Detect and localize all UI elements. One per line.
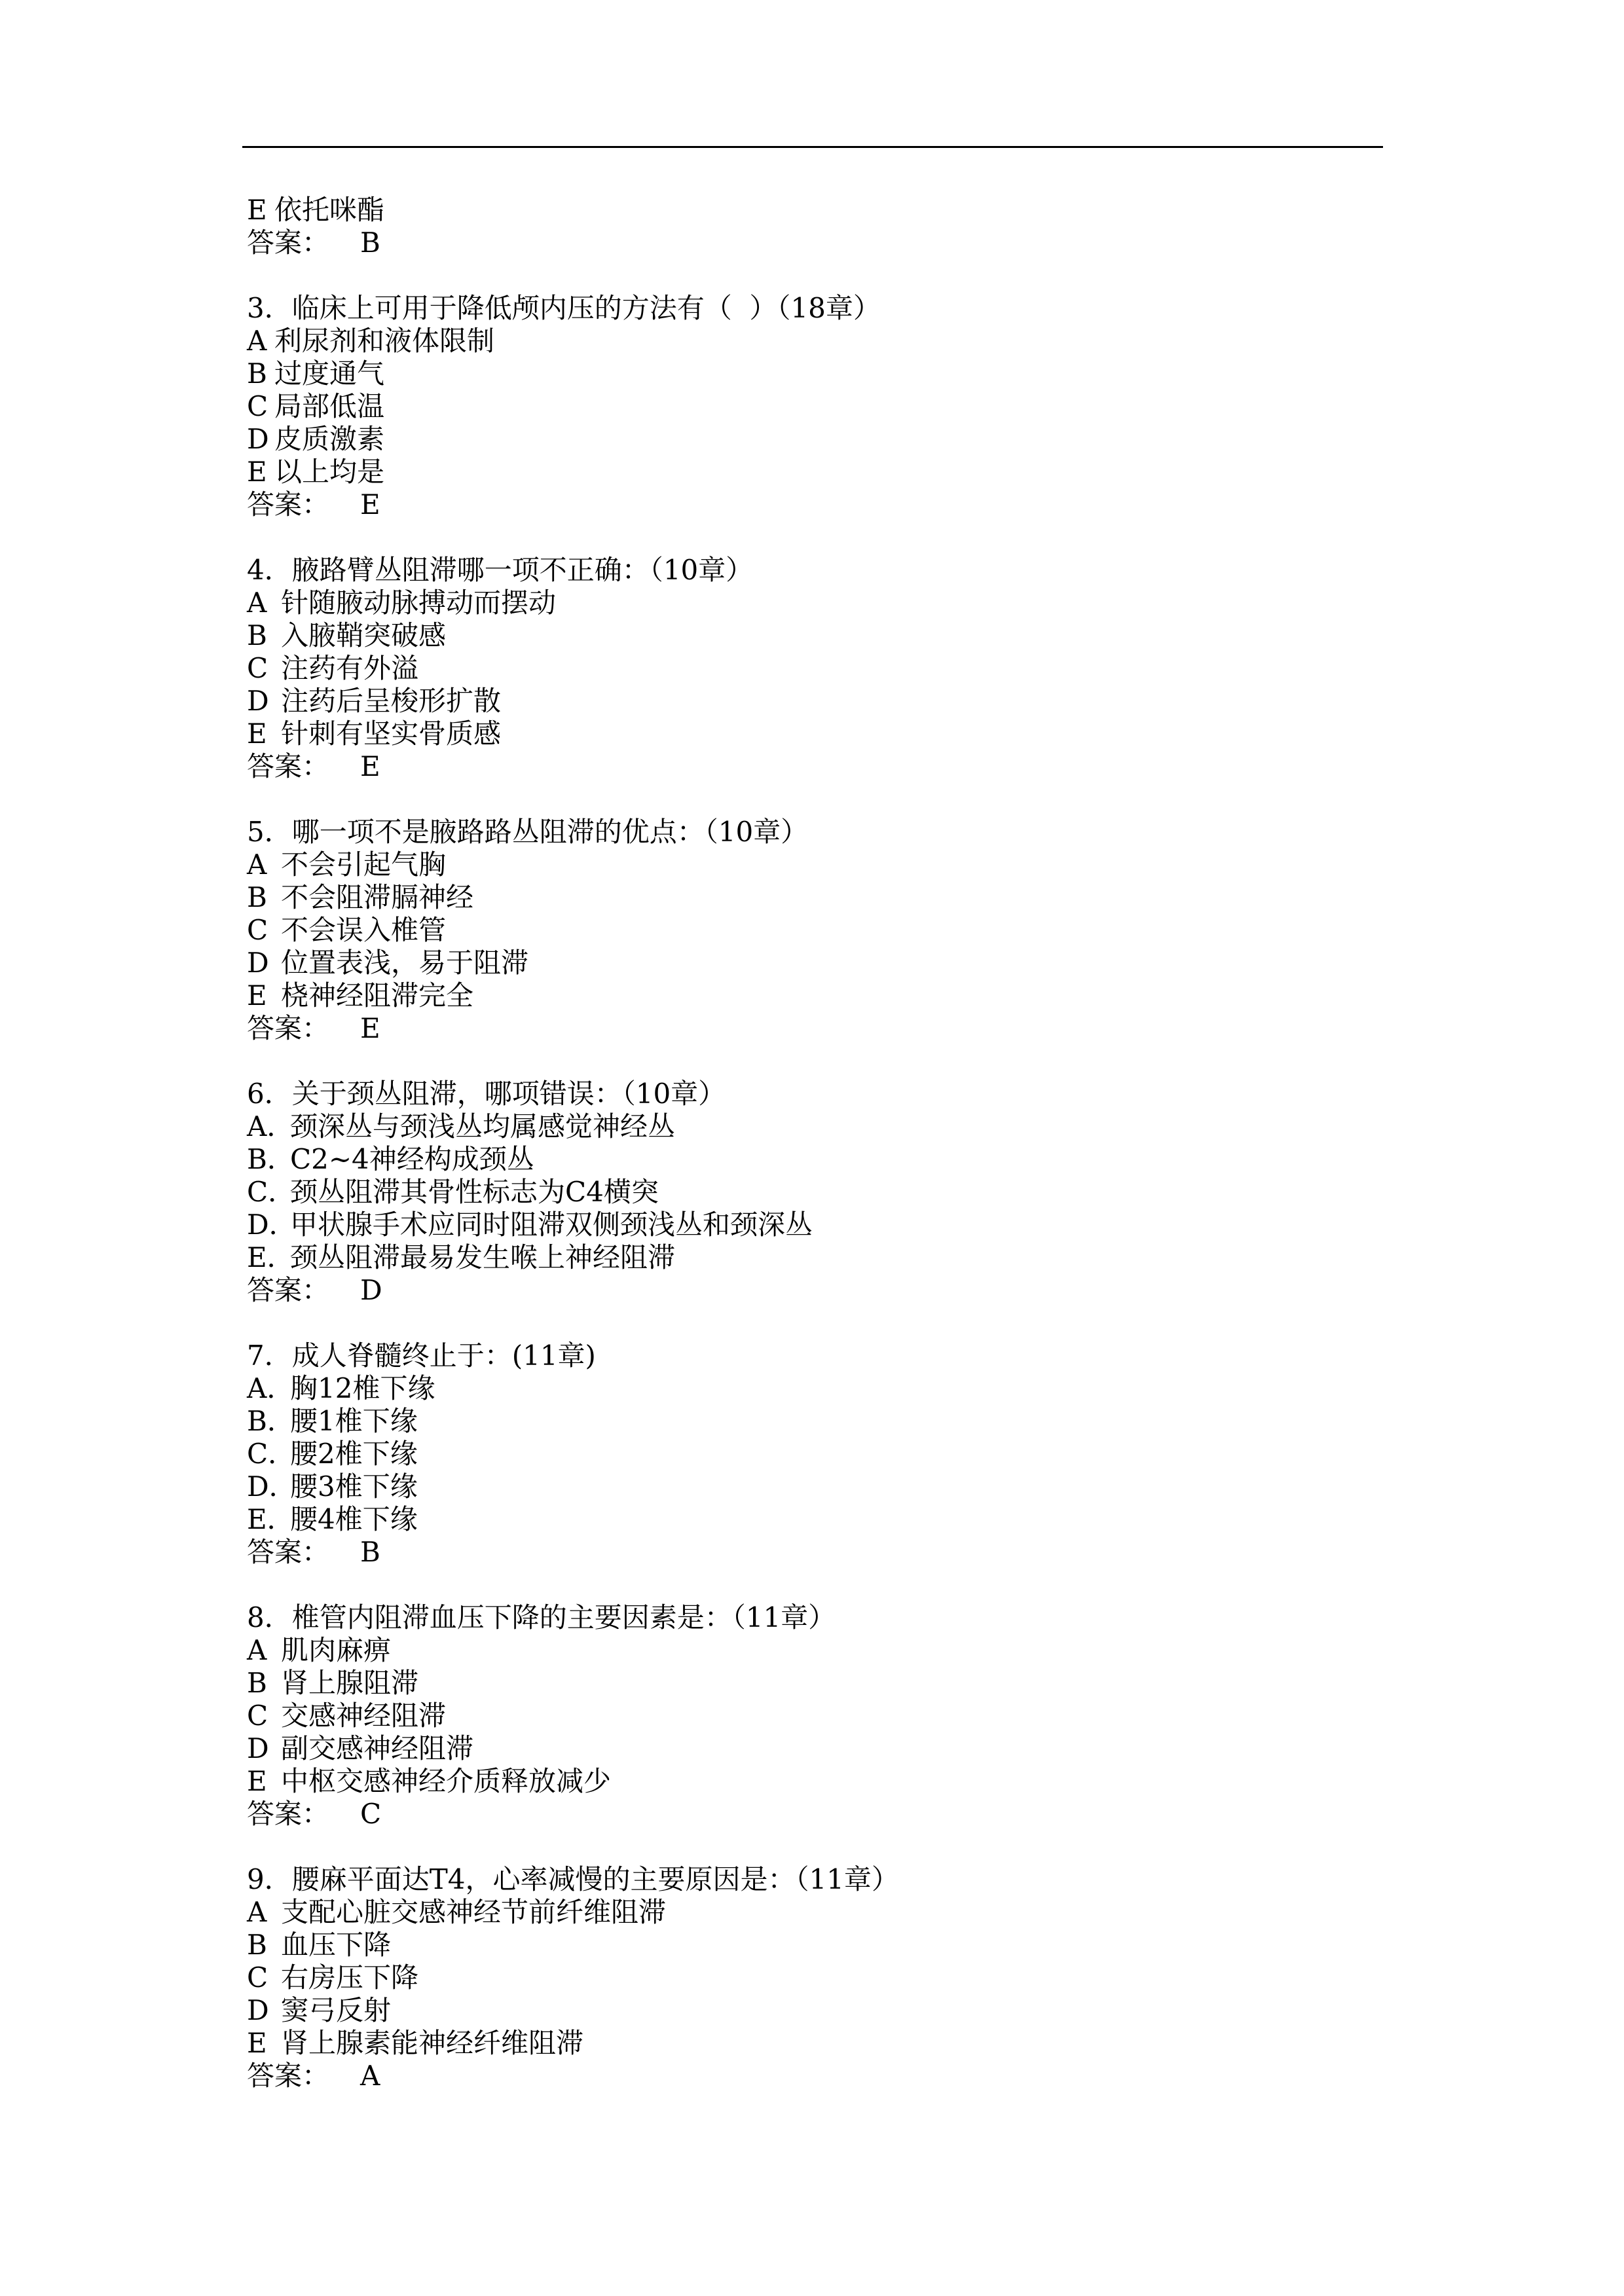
option-label: D (247, 1994, 281, 2027)
option-line: C注药有外溢 (247, 652, 1399, 685)
option-label: E (247, 1765, 281, 1798)
option-text: 过度通气 (274, 357, 384, 390)
answer-value: A (360, 2060, 380, 2092)
option-line: D位置表浅，易于阻滞 (247, 947, 1399, 979)
option-line: D副交感神经阻滞 (247, 1732, 1399, 1765)
option-label: C (247, 1961, 281, 1994)
option-text: 交感神经阻滞 (281, 1700, 446, 1732)
option-label: B (247, 619, 281, 652)
option-line: B．腰1椎下缘 (247, 1405, 1399, 1438)
option-line: B肾上腺阻滞 (247, 1667, 1399, 1700)
option-text: 肾上腺素能神经纤维阻滞 (281, 2027, 583, 2059)
header-rule (242, 146, 1383, 148)
option-label: B． (247, 1405, 290, 1438)
option-line: B血压下降 (247, 1929, 1399, 1961)
option-text: 窦弓反射 (281, 1994, 391, 2026)
option-label: D (247, 685, 281, 718)
option-line: A不会引起气胸 (247, 848, 1399, 881)
answer-value: E (360, 488, 380, 520)
question-title: 8．椎管内阻滞血压下降的主要因素是：（11章） (247, 1601, 1399, 1634)
option-text: 入腋鞘突破感 (281, 619, 446, 651)
option-text: 甲状腺手术应同时阻滞双侧颈浅丛和颈深丛 (290, 1209, 813, 1241)
answer-line: 答案：B (247, 227, 1399, 259)
answer-line: 答案：C (247, 1798, 1399, 1831)
answer-value: B (360, 1536, 380, 1568)
option-line: D．甲状腺手术应同时阻滞双侧颈浅丛和颈深丛 (247, 1209, 1399, 1241)
option-text: 利尿剂和液体限制 (274, 325, 494, 357)
option-text: 不会阻滞膈神经 (281, 881, 473, 913)
question-block-9: 9．腰麻平面达T4，心率减慢的主要原因是：（11章） A支配心脏交感神经节前纤维… (247, 1863, 1399, 2092)
option-line: B不会阻滞膈神经 (247, 881, 1399, 914)
option-label: C． (247, 1438, 290, 1470)
answer-value: D (360, 1274, 382, 1306)
answer-label: 答案： (247, 750, 360, 783)
option-text: 胸12椎下缘 (290, 1372, 435, 1404)
answer-line: 答案：E (247, 750, 1399, 783)
question-title: 5．哪一项不是腋路路丛阻滞的优点：（10章） (247, 816, 1399, 848)
option-text: 颈丛阻滞其骨性标志为C4横突 (290, 1176, 659, 1208)
answer-label: 答案： (247, 488, 360, 521)
option-text: 腰3椎下缘 (290, 1470, 418, 1503)
option-line: E肾上腺素能神经纤维阻滞 (247, 2027, 1399, 2060)
question-block-4: 4．腋路臂丛阻滞哪一项不正确：（10章） A针随腋动脉搏动而摆动B入腋鞘突破感C… (247, 554, 1399, 783)
option-line: D皮质激素 (247, 423, 1399, 456)
option-text: 不会引起气胸 (281, 848, 446, 881)
option-label: E (247, 2027, 281, 2060)
option-label: A． (247, 1372, 290, 1405)
option-text: 桡神经阻滞完全 (281, 979, 473, 1011)
option-text: 注药后呈梭形扩散 (281, 685, 501, 717)
option-line: E依托咪酯 (247, 194, 1399, 227)
option-label: C (247, 1700, 281, 1732)
option-line: C不会误入椎管 (247, 914, 1399, 947)
answer-label: 答案： (247, 227, 360, 259)
question-title: 3．临床上可用于降低颅内压的方法有（ ）（18章） (247, 292, 1399, 325)
question-title: 6．关于颈丛阻滞，哪项错误：（10章） (247, 1078, 1399, 1110)
option-label: B (247, 357, 274, 390)
option-text: 副交感神经阻滞 (281, 1732, 473, 1764)
option-line: A．胸12椎下缘 (247, 1372, 1399, 1405)
option-text: 不会误入椎管 (281, 914, 446, 946)
option-label: C． (247, 1176, 290, 1209)
option-text: 针刺有坚实骨质感 (281, 718, 501, 750)
option-label: D (247, 1732, 281, 1765)
option-line: C右房压下降 (247, 1961, 1399, 1994)
option-text: 腰2椎下缘 (290, 1438, 418, 1470)
answer-label: 答案： (247, 2060, 360, 2092)
option-label: E． (247, 1241, 290, 1274)
answer-value: C (360, 1798, 381, 1830)
option-line: A．颈深丛与颈浅丛均属感觉神经丛 (247, 1110, 1399, 1143)
option-label: A (247, 325, 274, 357)
question-block-3: 3．临床上可用于降低颅内压的方法有（ ）（18章） A利尿剂和液体限制B过度通气… (247, 292, 1399, 521)
answer-line: 答案：E (247, 1012, 1399, 1045)
question-title: 7．成人脊髓终止于：(11章) (247, 1339, 1399, 1372)
option-label: C (247, 914, 281, 947)
answer-value: B (360, 227, 380, 259)
option-text: 支配心脏交感神经节前纤维阻滞 (281, 1896, 666, 1928)
option-text: 中枢交感神经介质释放减少 (281, 1765, 611, 1797)
document-body: E依托咪酯 答案：B 3．临床上可用于降低颅内压的方法有（ ）（18章） A利尿… (247, 194, 1399, 2092)
option-text: C2~4神经构成颈丛 (290, 1143, 534, 1175)
question-block-7: 7．成人脊髓终止于：(11章) A．胸12椎下缘B．腰1椎下缘C．腰2椎下缘D．… (247, 1339, 1399, 1569)
option-text: 血压下降 (281, 1929, 391, 1961)
option-text: 腰1椎下缘 (290, 1405, 418, 1437)
option-label: A (247, 848, 281, 881)
answer-value: E (360, 750, 380, 782)
option-line: A针随腋动脉搏动而摆动 (247, 587, 1399, 619)
option-line: B．C2~4神经构成颈丛 (247, 1143, 1399, 1176)
option-text: 依托咪酯 (274, 194, 384, 226)
answer-line: 答案：E (247, 488, 1399, 521)
option-line: A肌肉麻痹 (247, 1634, 1399, 1667)
question-block-8: 8．椎管内阻滞血压下降的主要因素是：（11章） A肌肉麻痹B肾上腺阻滞C交感神经… (247, 1601, 1399, 1831)
option-text: 以上均是 (274, 456, 384, 488)
option-line: B入腋鞘突破感 (247, 619, 1399, 652)
question-block-6: 6．关于颈丛阻滞，哪项错误：（10章） A．颈深丛与颈浅丛均属感觉神经丛B．C2… (247, 1078, 1399, 1307)
option-label: A (247, 587, 281, 619)
option-line: C．颈丛阻滞其骨性标志为C4横突 (247, 1176, 1399, 1209)
answer-label: 答案： (247, 1798, 360, 1831)
option-label: A． (247, 1110, 290, 1143)
option-label: C (247, 390, 274, 423)
option-text: 针随腋动脉搏动而摆动 (281, 587, 556, 619)
question-title: 9．腰麻平面达T4，心率减慢的主要原因是：（11章） (247, 1863, 1399, 1896)
answer-line: 答案：D (247, 1274, 1399, 1307)
option-label: E (247, 194, 274, 227)
option-label: E (247, 456, 274, 488)
option-text: 注药有外溢 (281, 652, 418, 684)
option-label: E (247, 979, 281, 1012)
option-label: C (247, 652, 281, 685)
option-text: 右房压下降 (281, 1961, 418, 1994)
option-line: E桡神经阻滞完全 (247, 979, 1399, 1012)
option-line: E针刺有坚实骨质感 (247, 718, 1399, 750)
option-label: A (247, 1896, 281, 1929)
option-label: D． (247, 1470, 290, 1503)
option-line: D．腰3椎下缘 (247, 1470, 1399, 1503)
option-label: B (247, 1667, 281, 1700)
option-label: B． (247, 1143, 290, 1176)
answer-line: 答案：B (247, 1536, 1399, 1569)
option-line: E以上均是 (247, 456, 1399, 488)
option-line: D注药后呈梭形扩散 (247, 685, 1399, 718)
question-title: 4．腋路臂丛阻滞哪一项不正确：（10章） (247, 554, 1399, 587)
question-block-5: 5．哪一项不是腋路路丛阻滞的优点：（10章） A不会引起气胸B不会阻滞膈神经C不… (247, 816, 1399, 1045)
option-label: E (247, 718, 281, 750)
option-line: E中枢交感神经介质释放减少 (247, 1765, 1399, 1798)
option-text: 皮质激素 (274, 423, 384, 455)
option-line: C交感神经阻滞 (247, 1700, 1399, 1732)
option-text: 肾上腺阻滞 (281, 1667, 418, 1699)
option-text: 腰4椎下缘 (290, 1503, 418, 1535)
option-line: B过度通气 (247, 357, 1399, 390)
option-text: 肌肉麻痹 (281, 1634, 391, 1666)
answer-label: 答案： (247, 1536, 360, 1569)
option-label: E． (247, 1503, 290, 1536)
option-line: E．颈丛阻滞最易发生喉上神经阻滞 (247, 1241, 1399, 1274)
option-text: 位置表浅，易于阻滞 (281, 947, 528, 979)
option-label: B (247, 1929, 281, 1961)
option-text: 颈深丛与颈浅丛均属感觉神经丛 (290, 1110, 675, 1142)
option-label: A (247, 1634, 281, 1667)
option-line: C局部低温 (247, 390, 1399, 423)
answer-line: 答案：A (247, 2060, 1399, 2092)
option-line: C．腰2椎下缘 (247, 1438, 1399, 1470)
option-line: E．腰4椎下缘 (247, 1503, 1399, 1536)
answer-label: 答案： (247, 1274, 360, 1307)
option-text: 颈丛阻滞最易发生喉上神经阻滞 (290, 1241, 675, 1273)
option-line: A支配心脏交感神经节前纤维阻滞 (247, 1896, 1399, 1929)
question-list: 3．临床上可用于降低颅内压的方法有（ ）（18章） A利尿剂和液体限制B过度通气… (247, 292, 1399, 2092)
question-2-continued: E依托咪酯 答案：B (247, 194, 1399, 259)
option-label: D (247, 947, 281, 979)
option-label: B (247, 881, 281, 914)
option-label: D． (247, 1209, 290, 1241)
answer-label: 答案： (247, 1012, 360, 1045)
option-line: A利尿剂和液体限制 (247, 325, 1399, 357)
option-line: D窦弓反射 (247, 1994, 1399, 2027)
option-label: D (247, 423, 274, 456)
answer-value: E (360, 1012, 380, 1044)
option-text: 局部低温 (274, 390, 384, 422)
